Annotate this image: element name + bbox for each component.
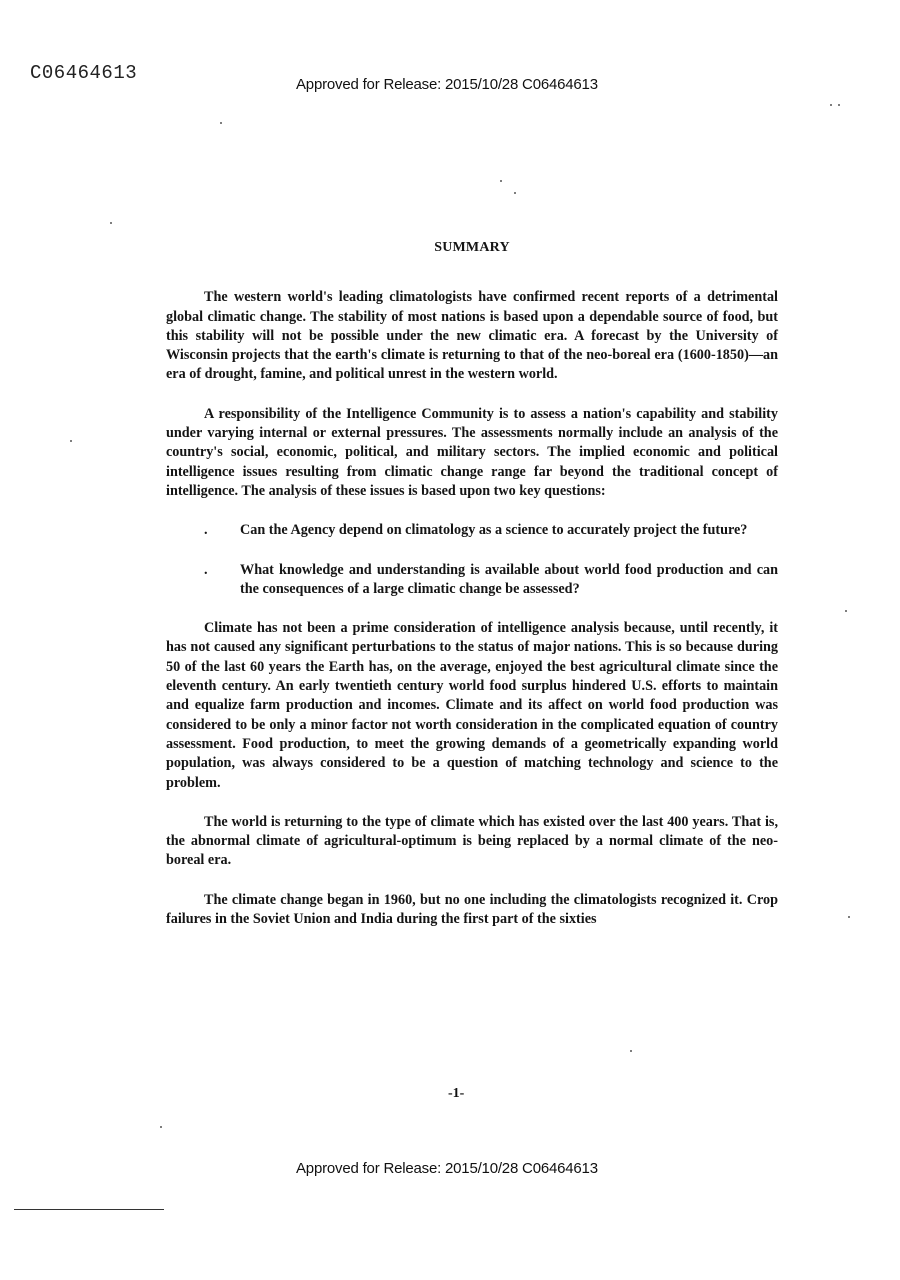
scan-speck — [630, 1050, 632, 1052]
scan-speck — [110, 222, 112, 224]
scan-speck — [845, 610, 847, 612]
paragraph: The western world's leading climatologis… — [166, 288, 778, 384]
scan-speck — [514, 192, 516, 194]
document-body: SUMMARY The western world's leading clim… — [166, 238, 778, 949]
footer-rule — [14, 1209, 164, 1210]
bullet-marker: . — [204, 561, 208, 580]
release-stamp-bottom: Approved for Release: 2015/10/28 C064646… — [296, 1160, 598, 1177]
document-id: C06464613 — [30, 62, 137, 84]
scan-speck — [220, 122, 222, 124]
paragraph: Climate has not been a prime considerati… — [166, 619, 778, 793]
scan-speck — [70, 440, 72, 442]
list-item: . What knowledge and understanding is av… — [166, 561, 778, 600]
paragraph: The world is returning to the type of cl… — [166, 813, 778, 871]
question-text: What knowledge and understanding is avai… — [240, 562, 778, 597]
paragraph: The climate change began in 1960, but no… — [166, 891, 778, 930]
section-heading: SUMMARY — [166, 238, 778, 257]
paragraph: A responsibility of the Intelligence Com… — [166, 405, 778, 501]
scan-speck — [500, 180, 502, 182]
question-text: Can the Agency depend on climatology as … — [240, 522, 747, 538]
bullet-marker: . — [204, 521, 208, 540]
scan-speck — [160, 1126, 162, 1128]
key-questions-list: . Can the Agency depend on climatology a… — [166, 521, 778, 599]
scan-speck — [838, 104, 840, 106]
list-item: . Can the Agency depend on climatology a… — [166, 521, 778, 540]
page-number: -1- — [448, 1086, 464, 1102]
release-stamp-top: Approved for Release: 2015/10/28 C064646… — [296, 76, 598, 93]
scan-speck — [830, 104, 832, 106]
scan-speck — [848, 916, 850, 918]
